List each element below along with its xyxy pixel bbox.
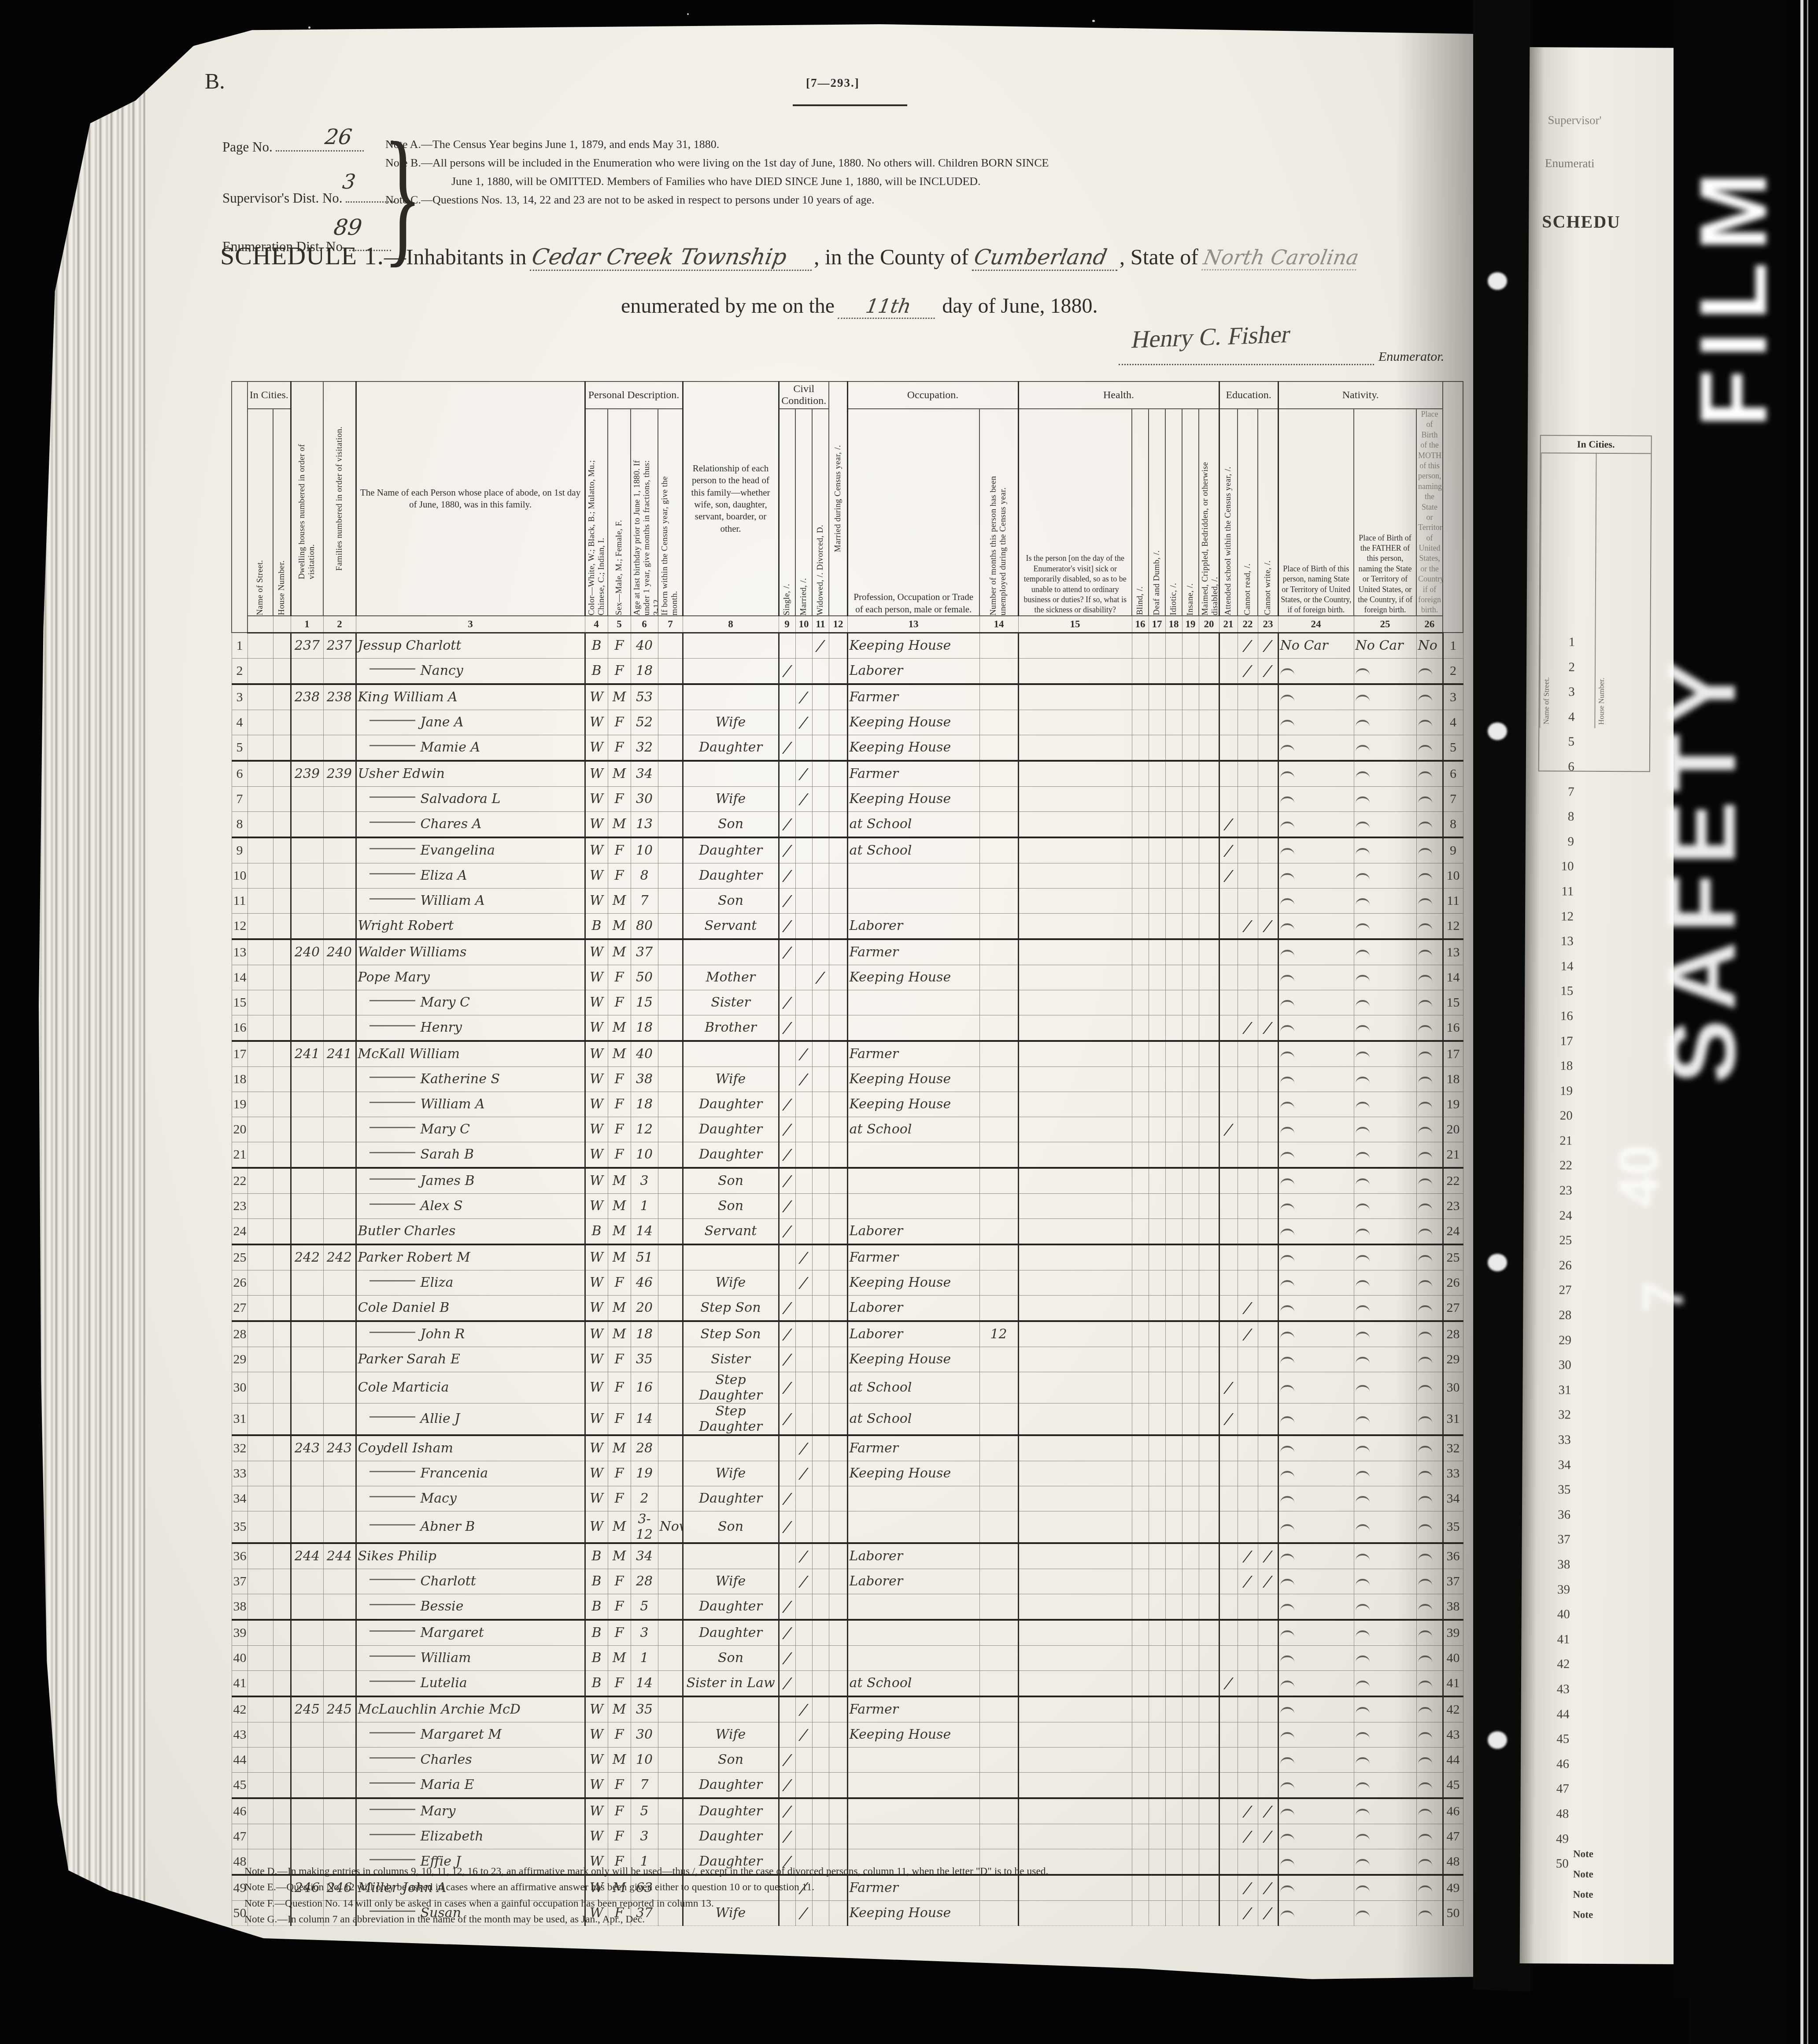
person-row: 11William AWM7Son/11: [232, 888, 1463, 913]
column-number: 15: [1018, 616, 1132, 633]
enumeration-dist-value: 89: [332, 215, 363, 240]
person-row: 30Cole MarticiaWF16Step Daughter/at Scho…: [232, 1372, 1463, 1403]
film-text-safety: SAFETY: [1647, 454, 1757, 1084]
person-row: 37CharlottBF28Wife/Laborer//37: [232, 1569, 1463, 1594]
note-b-cont: June 1, 1880, will be OMITTED. Members o…: [385, 172, 1381, 191]
sliver-note-stubs: Note Note Note Note: [1573, 1844, 1593, 1925]
person-row: 47ElizabethWF3Daughter///47: [232, 1824, 1463, 1849]
punch-hole: [1488, 1254, 1507, 1271]
column-number-row: 1234567891011121314151617181920212223242…: [232, 616, 1463, 633]
person-row: 17241241McKall WilliamWM40/Farmer17: [232, 1041, 1463, 1067]
dust-speck: [687, 13, 689, 15]
county-handwritten: Cumberland: [972, 245, 1122, 271]
person-row: 40WilliamBM1Son/40: [232, 1645, 1463, 1670]
person-row: 44CharlesWM10Son/44: [232, 1747, 1463, 1772]
column-number: 16: [1132, 616, 1149, 633]
line-number-col-left: [232, 381, 248, 633]
col11-header: Widowed, /. Divorced, D.: [812, 409, 829, 616]
person-row: 10Eliza AWF8Daughter//10: [232, 863, 1463, 888]
column-number: 10: [795, 616, 812, 633]
person-row: 16HenryWM18Brother///16: [232, 1015, 1463, 1041]
col14-header: Number of months this person has been un…: [979, 409, 1018, 616]
column-number: 21: [1219, 616, 1238, 633]
column-number: 3: [356, 616, 585, 633]
person-row: 5Mamie AWF32Daughter/Keeping House5: [232, 735, 1463, 761]
column-number: 23: [1258, 616, 1278, 633]
sliver-schedule-text: SCHEDU: [1542, 211, 1621, 232]
col20-header: Maimed, Crippled, Bedridden, or otherwis…: [1199, 409, 1219, 616]
form-number-rule: [793, 104, 907, 106]
schedule-title: SCHEDULE 1.—Inhabitants in Cedar Creek T…: [220, 241, 1359, 271]
column-number: 5: [608, 616, 631, 633]
col13-header: Profession, Occupation or Trade of each …: [847, 409, 979, 616]
col24-header: Place of Birth of this person, naming St…: [1278, 409, 1354, 616]
person-row: 28John RWM18Step Son/Laborer12/28: [232, 1321, 1463, 1347]
note-a: Note A.—The Census Year begins June 1, 1…: [385, 135, 1381, 154]
schedule-word: SCHEDULE 1.: [220, 241, 384, 270]
person-row: 8Chares AWM13Son/at School/8: [232, 811, 1463, 837]
health-group: Health.: [1018, 381, 1219, 409]
person-row: 46MaryWF5Daughter///46: [232, 1798, 1463, 1824]
dust-speck: [308, 26, 310, 29]
personal-description-group: Personal Description.: [585, 381, 683, 409]
sliver-house-col: House Number.: [1594, 454, 1651, 729]
in-cities-group: In Cities.: [248, 381, 291, 409]
col10-header: Married, /.: [795, 409, 812, 616]
column-number: 17: [1149, 616, 1165, 633]
page-stack-edge: [39, 66, 154, 1943]
person-row: 13240240Walder WilliamsWM37/Farmer13: [232, 939, 1463, 965]
person-row: 23Alex SWM1Son/23: [232, 1193, 1463, 1218]
sliver-enumeration-text: Enumerati: [1545, 156, 1595, 170]
enumerated-line: enumerated by me on the 11th day of June…: [621, 294, 1097, 319]
enumerator-signature: Henry C. Fisher: [1129, 320, 1292, 354]
person-row: 25242242Parker Robert MWM51/Farmer25: [232, 1244, 1463, 1270]
form-number: [7—293.]: [806, 76, 860, 90]
col1-header: Dwelling houses numbered in order of vis…: [291, 381, 323, 616]
civil-condition-group: Civil Condition.: [779, 381, 829, 409]
person-row: 24Butler CharlesBM14Servant/Laborer24: [232, 1218, 1463, 1244]
column-number: 22: [1238, 616, 1258, 633]
person-row: 34MacyWF2Daughter/34: [232, 1486, 1463, 1511]
column-number: 9: [779, 616, 795, 633]
column-number: 19: [1182, 616, 1199, 633]
punch-hole: [1488, 1731, 1507, 1749]
dust-speck: [1092, 20, 1095, 22]
film-mark-40: 40: [1607, 1092, 1671, 1207]
column-number: 11: [812, 616, 829, 633]
person-row: 35Abner BWM3-12NovSon/35: [232, 1511, 1463, 1543]
house-header: House Number.: [273, 409, 291, 616]
person-row: 33FranceniaWF19Wife/Keeping House33: [232, 1461, 1463, 1486]
film-mark-7: 7: [1630, 1233, 1696, 1313]
col16-header: Blind, /.: [1132, 409, 1149, 616]
col12-header: Married during Census year, /.: [829, 381, 847, 616]
gutter-shadow: [1396, 24, 1480, 1985]
person-row: 9EvangelinaWF10Daughter/at School/9: [232, 837, 1463, 863]
film-edge-line: [1800, 0, 1803, 2044]
education-group: Education.: [1219, 381, 1278, 409]
col15-header: Is the person [on the day of the Enumera…: [1018, 409, 1132, 616]
note-d: Note D.—In making entries in columns 9, …: [244, 1863, 1522, 1879]
column-number: 12: [829, 616, 847, 633]
person-row: 12Wright RobertBM80Servant/Laborer//12: [232, 913, 1463, 939]
col21-header: Attended school within the Census year, …: [1219, 409, 1238, 616]
person-row: 29Parker Sarah EWF35Sister/Keeping House…: [232, 1347, 1463, 1372]
person-row: 2NancyBF18/Laborer//2: [232, 658, 1463, 684]
column-number: 4: [585, 616, 608, 633]
header-notes: Note A.—The Census Year begins June 1, 1…: [385, 135, 1381, 209]
person-row: 14Pope MaryWF50Mother/Keeping House14: [232, 965, 1463, 990]
column-number: 13: [847, 616, 979, 633]
col3-header: The Name of each Person whose place of a…: [356, 381, 585, 616]
person-row: 36244244Sikes PhilipBM34/Laborer//36: [232, 1543, 1463, 1569]
column-number: 24: [1278, 616, 1354, 633]
occupation-group: Occupation.: [847, 381, 1018, 409]
note-e: Note E.—Question No. 12 will only be ask…: [244, 1879, 1522, 1895]
sliver-line-numbers: 1234567891011121314151617181920212223242…: [1549, 629, 1575, 1876]
col19-header: Insane, /.: [1182, 409, 1199, 616]
page-no-value: 26: [324, 125, 354, 149]
punch-hole: [1488, 722, 1507, 740]
column-number: 18: [1165, 616, 1182, 633]
film-text-film: FILM: [1679, 31, 1788, 427]
col18-header: Idiotic, /.: [1165, 409, 1182, 616]
person-row: 4Jane AWF52Wife/Keeping House4: [232, 710, 1463, 735]
person-row: 42245245McLauchlin Archie McDWM35/Farmer…: [232, 1696, 1463, 1722]
state-handwritten: North Carolina: [1201, 245, 1361, 270]
sliver-supervisor-text: Supervisor': [1548, 113, 1601, 127]
person-row: 39MargaretBF3Daughter/39: [232, 1620, 1463, 1646]
person-row: 31Allie JWF14Step Daughter/at School/31: [232, 1403, 1463, 1435]
col17-header: Deaf and Dumb, /.: [1149, 409, 1165, 616]
person-row: 15Mary CWF15Sister/15: [232, 990, 1463, 1015]
person-row: 43Margaret MWF30Wife/Keeping House43: [232, 1722, 1463, 1747]
supervisor-dist-label: Supervisor's Dist. No.: [222, 186, 394, 206]
person-row: 26ElizaWF46Wife/Keeping House26: [232, 1270, 1463, 1295]
street-header: Name of Street.: [248, 409, 273, 616]
col8-header: Relationship of each person to the head …: [683, 381, 779, 616]
person-row: 38BessieBF5Daughter/38: [232, 1594, 1463, 1620]
person-row: 19William AWF18Daughter/Keeping House19: [232, 1092, 1463, 1117]
col9-header: Single, /.: [779, 409, 795, 616]
column-number: 2: [323, 616, 356, 633]
footer-notes: Note D.—In making entries in columns 9, …: [244, 1863, 1522, 1928]
col22-header: Cannot read, /.: [1238, 409, 1258, 616]
person-row: 3238238King William AWM53/Farmer3: [232, 684, 1463, 710]
signature-rule: [1119, 363, 1374, 365]
enum-day-handwritten: 11th: [838, 295, 939, 319]
punch-hole: [1488, 272, 1507, 290]
column-number: 1: [291, 616, 323, 633]
group-header-row: In Cities. Dwelling houses numbered in o…: [232, 381, 1463, 409]
person-row: 6239239Usher EdwinWM34/Farmer6: [232, 761, 1463, 787]
col4-header: Color—White, W.; Black, B.; Mulatto, Mu.…: [585, 409, 608, 616]
census-table: In Cities. Dwelling houses numbered in o…: [231, 381, 1463, 1926]
column-number: 8: [683, 616, 779, 633]
person-row: 18Katherine SWF38Wife/Keeping House18: [232, 1066, 1463, 1092]
col6-header: Age at last birthday prior to June 1, 18…: [631, 409, 658, 616]
col2-header: Families numbered in order of visitation…: [323, 381, 356, 616]
note-b: Note B.—All persons will be included in …: [385, 154, 1381, 172]
column-number: 14: [979, 616, 1018, 633]
col5-header: Sex—Male, M.; Female, F.: [608, 409, 631, 616]
note-g: Note G.—In column 7 an abbreviation in t…: [244, 1911, 1522, 1927]
person-row: 45Maria EWF7Daughter/45: [232, 1772, 1463, 1798]
person-row: 21Sarah BWF10Daughter/21: [232, 1142, 1463, 1168]
column-number: 20: [1199, 616, 1219, 633]
person-row: 1237237Jessup CharlottBF40/Keeping House…: [232, 633, 1463, 658]
column-number: 7: [658, 616, 683, 633]
person-row: 27Cole Daniel BWM20Step Son/Laborer/27: [232, 1295, 1463, 1321]
person-row: 22James BWM3Son/22: [232, 1168, 1463, 1194]
page-corner-letter: B.: [205, 68, 225, 94]
film-edge-line-2: [1807, 0, 1808, 2044]
note-f: Note F.—Question No. 14 will only be ask…: [244, 1896, 1522, 1911]
note-c: Note C.—Questions Nos. 13, 14, 22 and 23…: [385, 191, 1381, 209]
township-handwritten: Cedar Creek Township: [530, 244, 817, 271]
census-page: B. [7—293.] Page No. 26 Supervisor's Dis…: [145, 24, 1480, 1985]
col7-header: If born within the Census year, give the…: [658, 409, 683, 616]
person-row: 41LuteliaBF14Sister in Law/at School/41: [232, 1670, 1463, 1696]
col23-header: Cannot write, /.: [1258, 409, 1278, 616]
person-row: 20Mary CWF12Daughter/at School/20: [232, 1117, 1463, 1142]
microfilm-scan: B. [7—293.] Page No. 26 Supervisor's Dis…: [0, 0, 1818, 2044]
column-number: 6: [631, 616, 658, 633]
person-row: 7Salvadora LWF30Wife/Keeping House7: [232, 786, 1463, 811]
person-row: 32243243Coydell IshamWM28/Farmer32: [232, 1435, 1463, 1461]
